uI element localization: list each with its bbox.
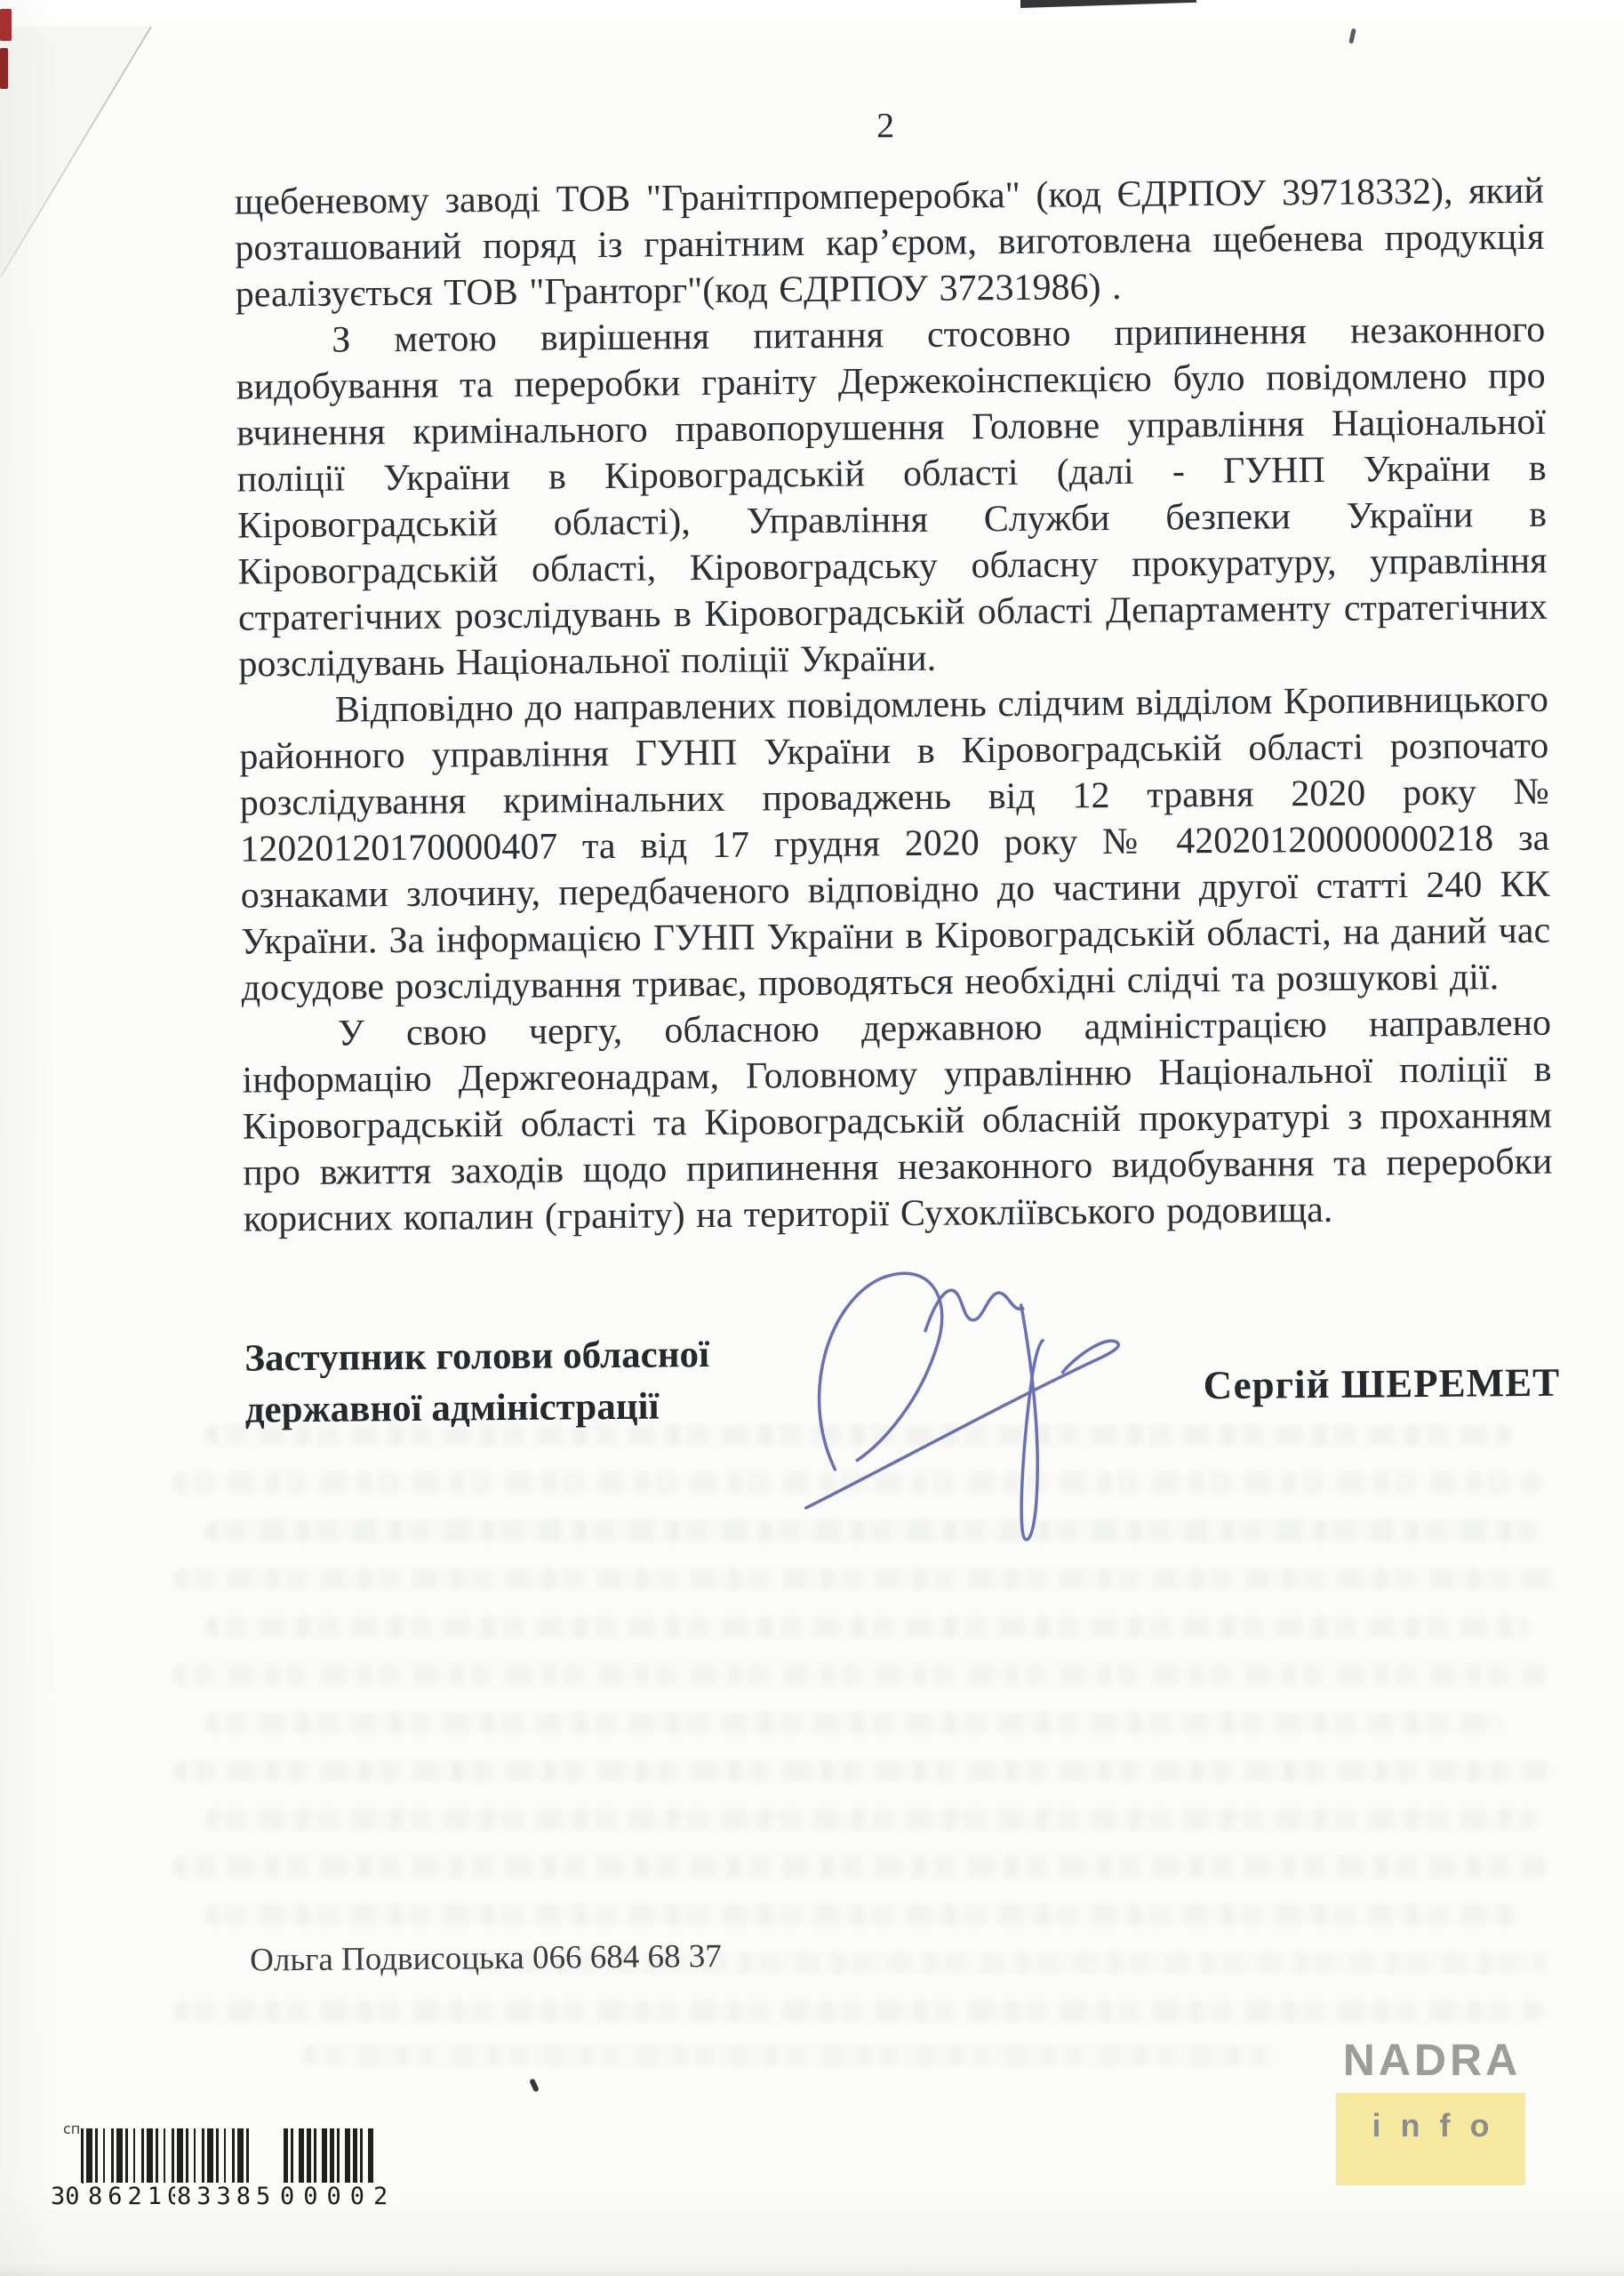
barcode-digits: 30 — [49, 2183, 82, 2210]
document-content: 2 щебеневому заводі ТОВ "Гранітпромперер… — [0, 0, 1624, 2276]
signer-title: Заступник голови обласної державної адмі… — [244, 1329, 710, 1437]
body-paragraph: У свою чергу, обласною державною адмініс… — [242, 1000, 1553, 1243]
barcode-digits: 86210 — [86, 2183, 188, 2210]
barcode-digits: 83385 — [175, 2183, 277, 2210]
body-paragraph: Відповідно до направлених повідомлень сл… — [239, 677, 1551, 1012]
page-number: 2 — [859, 104, 912, 147]
body-paragraph: З метою вирішення питання стосовно припи… — [236, 307, 1548, 688]
nadra-info-box: info — [1336, 2093, 1525, 2185]
barcode-label: сп — [63, 2120, 80, 2137]
barcode: сп 30 86210 83385 00002 — [49, 2120, 387, 2223]
handwritten-signature — [748, 1249, 1169, 1564]
scanned-document-page: 2 щебеневому заводі ТОВ "Гранітпромперер… — [0, 0, 1624, 2276]
body-text: щебеневому заводі ТОВ "Гранітпромперероб… — [235, 168, 1553, 1243]
nadra-brand-text: NADRA — [1336, 2034, 1528, 2086]
nadra-info-text: info — [1336, 2093, 1525, 2144]
contact-person-line: Ольга Подвисоцька 066 684 68 37 — [250, 1937, 722, 1980]
barcode-bars — [284, 2128, 374, 2184]
barcode-digits: 00002 — [278, 2183, 398, 2210]
barcode-bars — [81, 2128, 250, 2184]
signer-title-line: Заступник голови обласної — [244, 1329, 709, 1385]
signer-title-line: державної адміністрації — [245, 1381, 710, 1437]
body-paragraph: щебеневому заводі ТОВ "Гранітпромперероб… — [235, 168, 1545, 318]
nadra-info-watermark: NADRA info — [1336, 2034, 1528, 2185]
signer-name: Сергій ШЕРЕМЕТ — [1203, 1359, 1560, 1409]
